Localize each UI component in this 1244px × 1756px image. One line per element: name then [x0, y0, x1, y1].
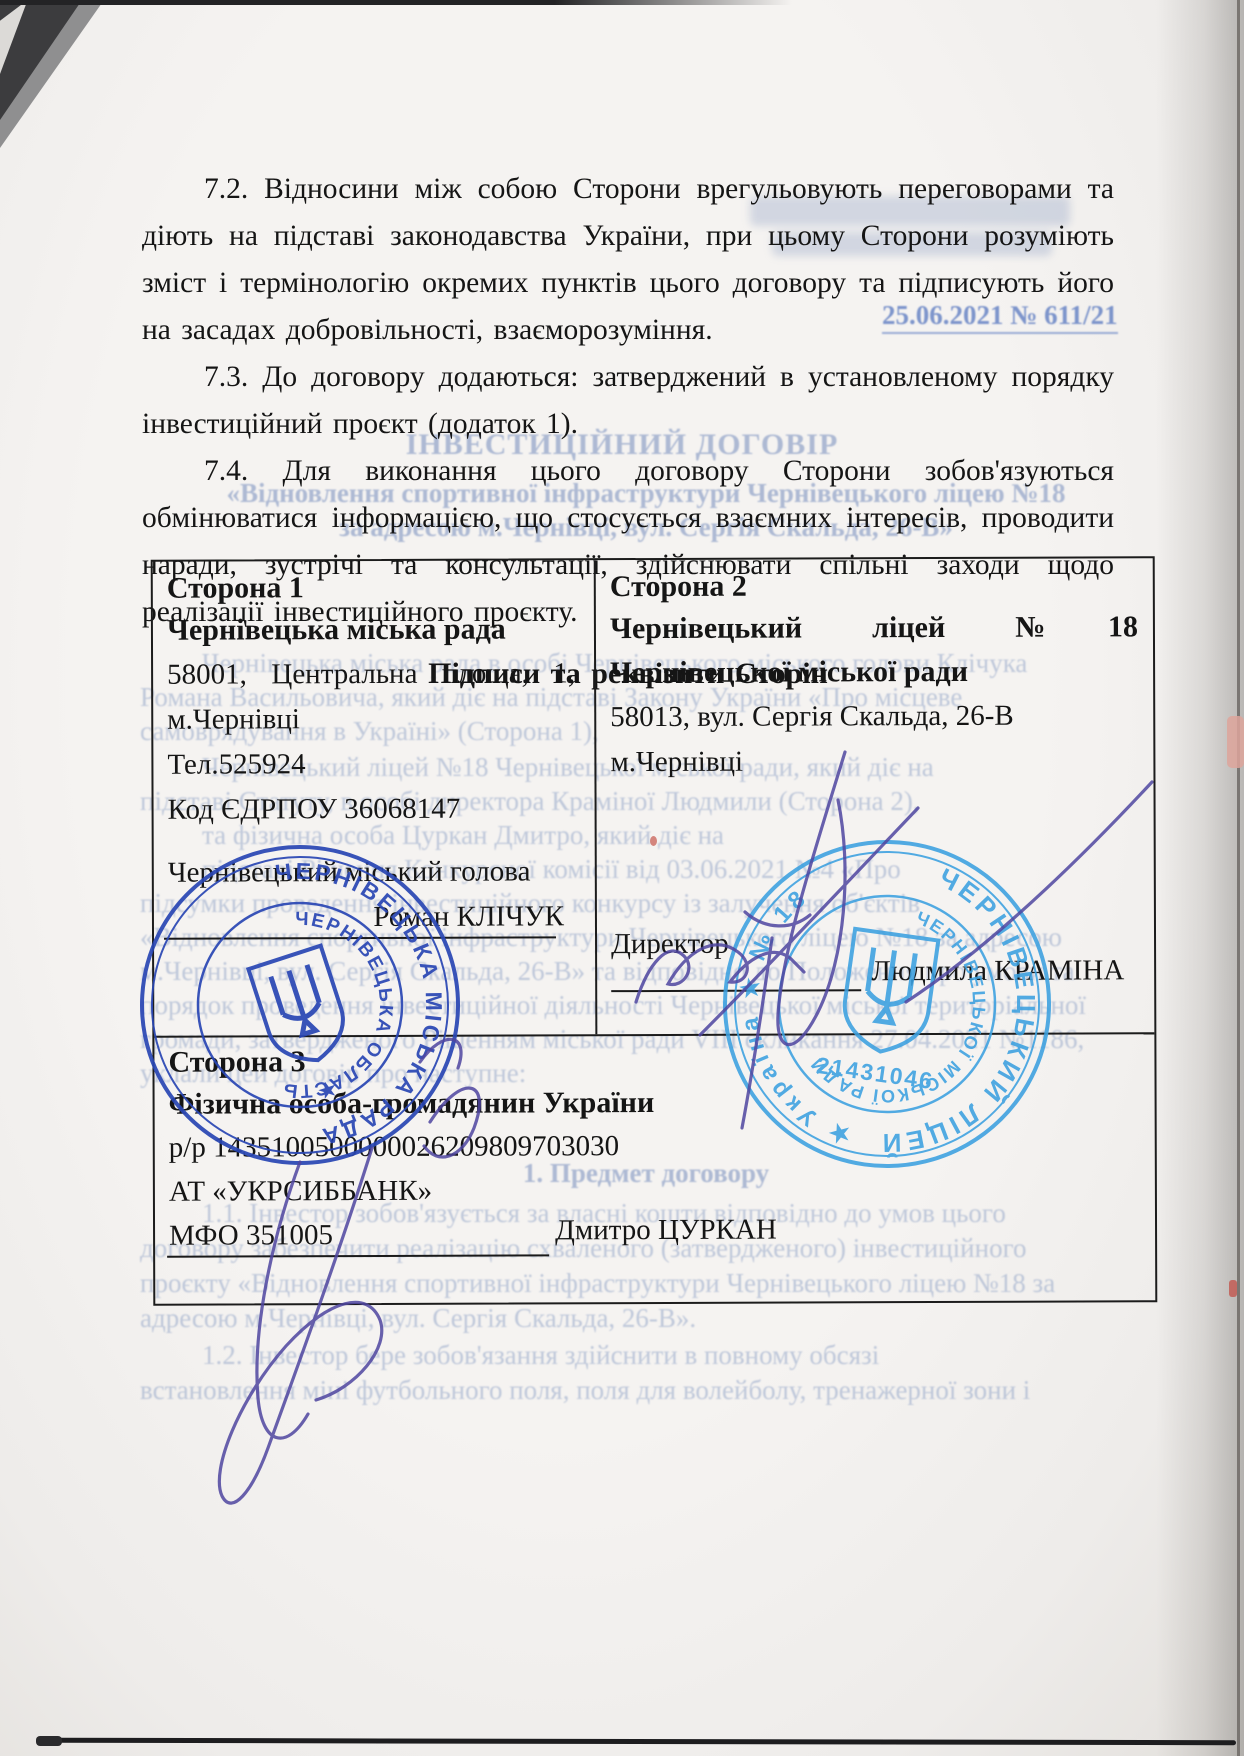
- scan-bottom-edge-blob: [36, 1736, 62, 1746]
- red-speck-artifact: [1229, 1280, 1237, 1297]
- scan-right-edge-line: [1237, 0, 1240, 1756]
- party2-address-line2: м.Чернівці: [610, 746, 743, 779]
- party2-address-line1: 58013, вул. Сергія Скальда, 26-В: [610, 700, 1014, 734]
- paragraph-7-3: 7.3. До договору додаються: затверджений…: [142, 354, 1114, 448]
- red-speck-artifact: [650, 836, 657, 846]
- ghost-line: 1.2. Інвестор бере зобов'язання здійснит…: [140, 1340, 879, 1371]
- paragraph-7-2: 7.2. Відносини між собою Сторони врегуль…: [142, 166, 1114, 354]
- party3-signer-name: Дмитро ЦУРКАН: [555, 1214, 777, 1248]
- party1-name: Чернівецька міська рада: [167, 613, 506, 648]
- pink-smudge-artifact: [1227, 716, 1244, 768]
- ghost-line: адресою м.Чернівці, вул. Сергія Скальда,…: [140, 1303, 696, 1334]
- party2-name-line2: Чернівецької міської ради: [610, 655, 968, 690]
- svg-text:ЧЕРНІВЕЦЬКИЙ ЛІЦЕЙ: ЧЕРНІВЕЦЬКИЙ ЛІЦЕЙ: [874, 858, 1060, 1178]
- scan-top-edge-line: [0, 0, 792, 5]
- scanned-contract-page: 25.06.2021 № 611/21 ІНВЕСТИЦІЙНИЙ ДОГОВІ…: [0, 0, 1244, 1756]
- party1-title: Сторона 1: [167, 571, 304, 605]
- party2-name-line1: Чернівецький ліцей №18: [610, 610, 1138, 646]
- party1-address-line2: м.Чернівці: [167, 703, 300, 736]
- party1-phone: Тел.525924: [167, 748, 305, 781]
- ghost-line: встановлення міні футбольного поля, поля…: [140, 1375, 1030, 1406]
- lyceum-stamp-ring-outer-text: ЧЕРНІВЕЦЬКИЙ ЛІЦЕЙ: [874, 858, 1060, 1178]
- scan-right-edge-shade: [1156, 0, 1244, 1756]
- party1-address-line1: 58001, Центральна площа, 1,: [167, 657, 575, 691]
- party3-signature-line: [167, 1254, 549, 1257]
- party2-title: Сторона 2: [610, 570, 747, 604]
- lyceum-stamp: ЧЕРНІВЕЦЬКИЙ ЛІЦЕЙ ★ Україна ★ № 18 ЧЕРН…: [681, 798, 1092, 1209]
